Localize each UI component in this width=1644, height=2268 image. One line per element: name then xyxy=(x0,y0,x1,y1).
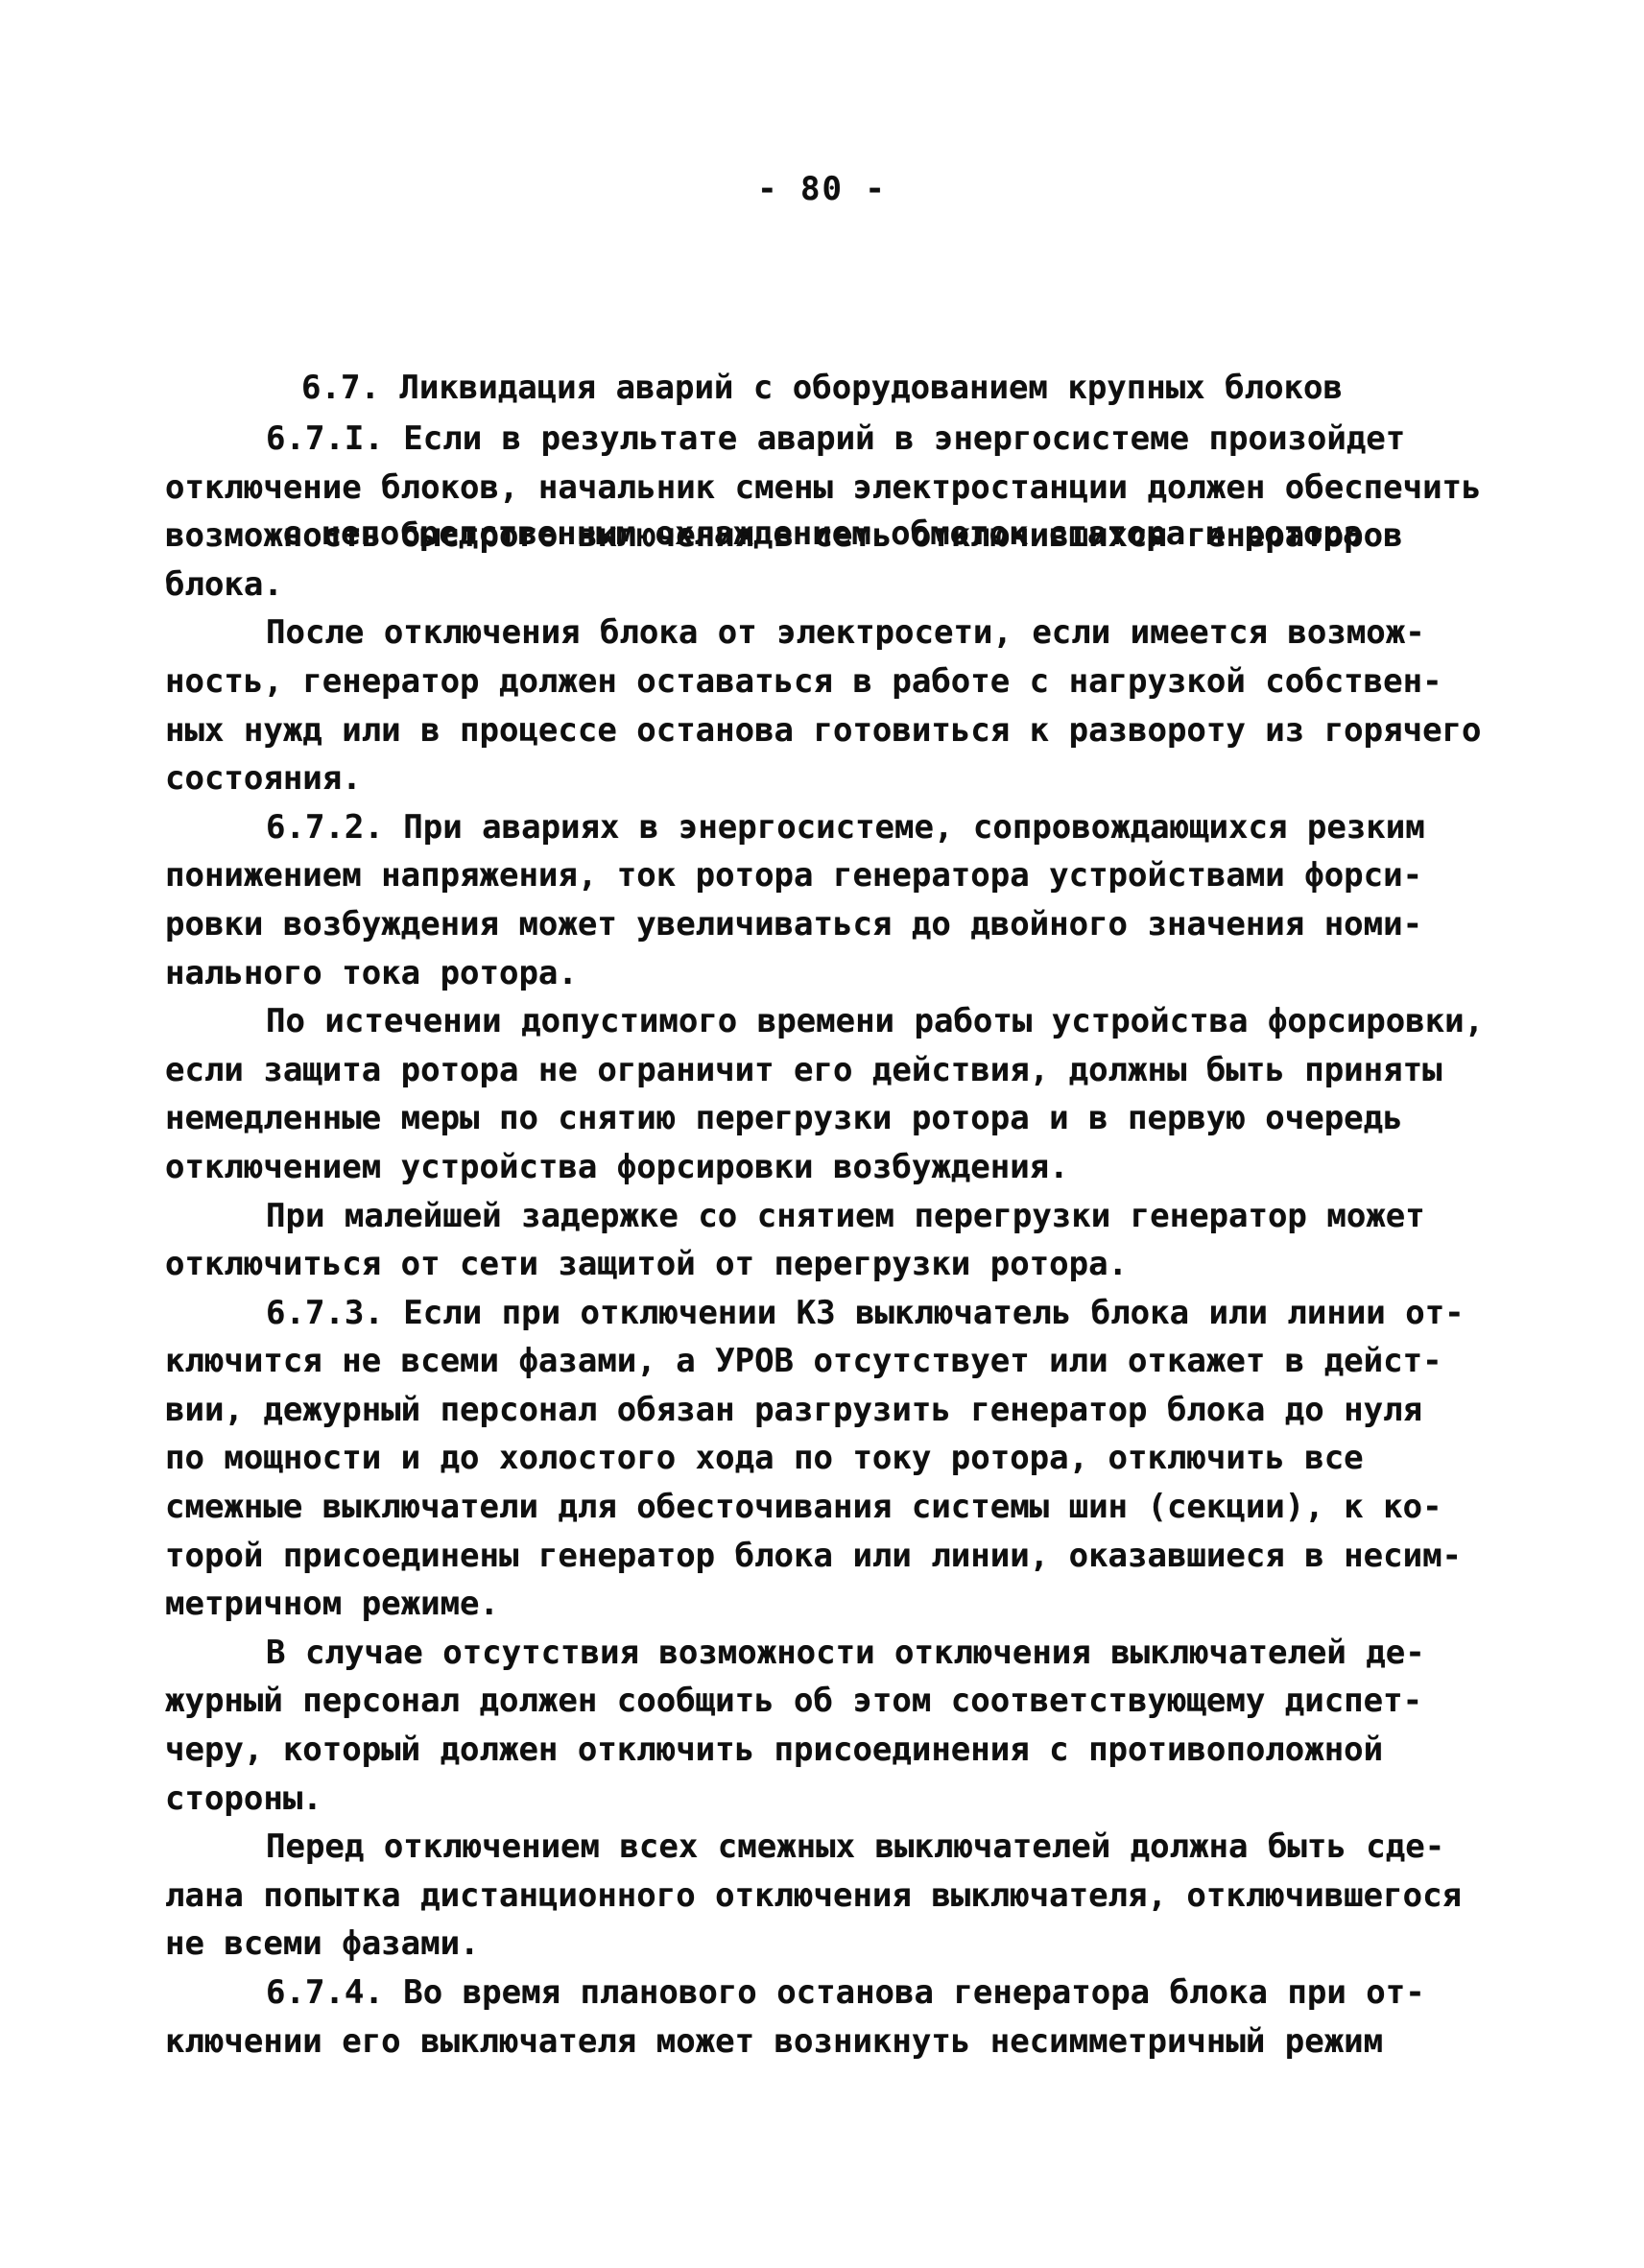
text-line: В случае отсутствия возможности отключен… xyxy=(165,1629,1547,1678)
section-heading-line-1: 6.7. Ликвидация аварий с оборудованием к… xyxy=(0,364,1644,413)
text-line: отключением устройства форсировки возбуж… xyxy=(165,1143,1547,1192)
text-line: отключение блоков, начальник смены элект… xyxy=(165,464,1547,513)
text-line: После отключения блока от электросети, е… xyxy=(165,609,1547,657)
text-line: 6.7.2. При авариях в энергосистеме, сопр… xyxy=(165,803,1547,852)
text-line: ность, генератор должен оставаться в раб… xyxy=(165,657,1547,706)
text-line: черу, который должен отключить присоедин… xyxy=(165,1726,1547,1775)
text-line: немедленные меры по снятию перегрузки ро… xyxy=(165,1094,1547,1143)
text-line: 6.7.I. Если в результате аварий в энерго… xyxy=(165,415,1547,464)
text-line: если защита ротора не ограничит его дейс… xyxy=(165,1046,1547,1095)
text-line: 6.7.4. Во время планового останова генер… xyxy=(165,1969,1547,2017)
text-line: возможность быстрого включения в сеть от… xyxy=(165,512,1547,561)
text-line: ных нужд или в процессе останова готовит… xyxy=(165,706,1547,755)
text-line: состояния. xyxy=(165,754,1547,803)
text-line: журный персонал должен сообщить об этом … xyxy=(165,1677,1547,1726)
text-line: торой присоединены генератор блока или л… xyxy=(165,1532,1547,1581)
text-line: вии, дежурный персонал обязан разгрузить… xyxy=(165,1386,1547,1435)
text-line: 6.7.3. Если при отключении КЗ выключател… xyxy=(165,1289,1547,1338)
text-line: ровки возбуждения может увеличиваться до… xyxy=(165,900,1547,949)
document-body: 6.7.I. Если в результате аварий в энерго… xyxy=(165,415,1547,2065)
text-line: по мощности и до холостого хода по току … xyxy=(165,1434,1547,1483)
text-line: По истечении допустимого времени работы … xyxy=(165,997,1547,1046)
text-line: блока. xyxy=(165,561,1547,609)
document-page: - 80 - 6.7. Ликвидация аварий с оборудов… xyxy=(0,0,1644,2268)
page-number: - 80 - xyxy=(0,170,1644,208)
text-line: стороны. xyxy=(165,1775,1547,1824)
text-line: не всеми фазами. xyxy=(165,1920,1547,1969)
text-line: ключении его выключателя может возникнут… xyxy=(165,2017,1547,2066)
text-line: отключиться от сети защитой от перегрузк… xyxy=(165,1240,1547,1289)
text-line: При малейшей задержке со снятием перегру… xyxy=(165,1192,1547,1241)
text-line: понижением напряжения, ток ротора генера… xyxy=(165,851,1547,900)
text-line: смежные выключатели для обесточивания си… xyxy=(165,1483,1547,1532)
text-line: нального тока ротора. xyxy=(165,949,1547,998)
text-line: ключится не всеми фазами, а УРОВ отсутст… xyxy=(165,1337,1547,1386)
text-line: Перед отключением всех смежных выключате… xyxy=(165,1823,1547,1872)
text-line: лана попытка дистанционного отключения в… xyxy=(165,1872,1547,1921)
text-line: метричном режиме. xyxy=(165,1580,1547,1629)
